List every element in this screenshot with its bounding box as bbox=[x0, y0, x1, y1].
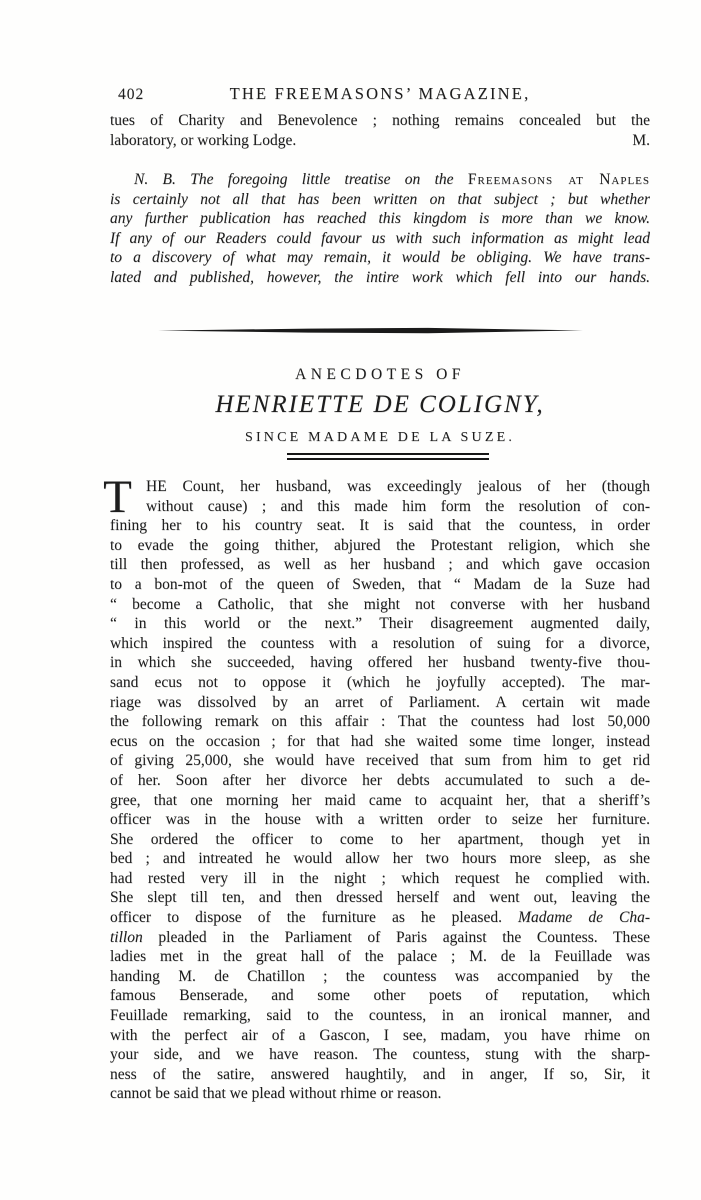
text-line: gree, that one morning her maid came to … bbox=[110, 791, 650, 811]
text-line: in which she succeeded, having offered h… bbox=[110, 653, 650, 673]
closing-line-row: laboratory, or working Lodge. M. bbox=[110, 131, 650, 151]
text-line: “ become a Catholic, that she might not … bbox=[110, 595, 650, 615]
text-line: She ordered the officer to come to her a… bbox=[110, 830, 650, 850]
double-rule-divider bbox=[287, 453, 489, 460]
article-kicker: ANECDOTES OF bbox=[110, 366, 650, 384]
text-line: of her. Soon after her divorce her debts… bbox=[110, 771, 650, 791]
text-line: without cause) ; and this made him form … bbox=[146, 497, 650, 517]
text-line: with the perfect air of a Gascon, I see,… bbox=[110, 1026, 650, 1046]
text-line: famous Benserade, and some other poets o… bbox=[110, 986, 650, 1006]
text-line: riage was dissolved by an arret of Parli… bbox=[110, 693, 650, 713]
text-line: to evade the going thither, abjured the … bbox=[110, 536, 650, 556]
text-line: ness of the satire, answered haughtily, … bbox=[110, 1065, 650, 1085]
text-line: cannot be said that we plead without rhi… bbox=[110, 1084, 650, 1104]
text-line: your side, and we have reason. The count… bbox=[110, 1045, 650, 1065]
text-line: tillon pleaded in the Parliament of Pari… bbox=[110, 928, 650, 948]
page-header: 402 THE FREEMASONS’ MAGAZINE, bbox=[110, 84, 650, 106]
text-line: “ in this world or the next.” Their disa… bbox=[110, 614, 650, 634]
text-line: had rested very ill in the night ; which… bbox=[110, 869, 650, 889]
author-signature: M. bbox=[632, 131, 650, 151]
text-line: of giving 25,000, she would have receive… bbox=[110, 751, 650, 771]
swelled-rule-divider bbox=[158, 327, 583, 335]
text-line: which inspired the countess with a resol… bbox=[110, 634, 650, 654]
text-line: to a bon-mot of the queen of Sweden, tha… bbox=[110, 575, 650, 595]
text-line: lated and published, however, the intire… bbox=[110, 268, 650, 288]
text-line: N. B. The foregoing little treatise on t… bbox=[110, 170, 650, 190]
article-title: HENRIETTE DE COLIGNY, bbox=[110, 391, 650, 419]
text-line: handing M. de Chatillon ; the countess w… bbox=[110, 967, 650, 987]
text-line: till then professed, as well as her husb… bbox=[110, 555, 650, 575]
text-line: ecus on the occasion ; for that had she … bbox=[110, 732, 650, 752]
text-line: HE Count, her husband, was exceedingly j… bbox=[146, 477, 650, 497]
text-line: is certainly not all that has been writt… bbox=[110, 190, 650, 210]
text-line: If any of our Readers could favour us wi… bbox=[110, 229, 650, 249]
text-line: sand ecus not to oppose it (which he joy… bbox=[110, 673, 650, 693]
magazine-page: 402 THE FREEMASONS’ MAGAZINE, tues of Ch… bbox=[0, 0, 701, 1200]
text-line: ladies met in the great hall of the pala… bbox=[110, 947, 650, 967]
text-line: any further publication has reached this… bbox=[110, 209, 650, 229]
running-title: THE FREEMASONS’ MAGAZINE, bbox=[230, 84, 531, 103]
text-line: She slept till ten, and then dressed her… bbox=[110, 888, 650, 908]
page-number: 402 bbox=[118, 86, 144, 104]
text-line: laboratory, or working Lodge. bbox=[110, 131, 296, 151]
article-body: T HE Count, her husband, was exceedingly… bbox=[110, 477, 650, 1104]
previous-article-end: tues of Charity and Benevolence ; nothin… bbox=[110, 111, 650, 150]
text-line: bed ; and intreated he would allow her t… bbox=[110, 849, 650, 869]
text-line: officer to dispose of the furniture as h… bbox=[110, 908, 650, 928]
text-line: tues of Charity and Benevolence ; nothin… bbox=[110, 111, 650, 131]
drop-cap: T bbox=[95, 477, 140, 515]
article-subtitle: SINCE MADAME DE LA SUZE. bbox=[110, 430, 650, 446]
text-line: to a discovery of what may remain, it wo… bbox=[110, 248, 650, 268]
text-line: fining her to his country seat. It is sa… bbox=[110, 516, 650, 536]
editor-note: N. B. The foregoing little treatise on t… bbox=[110, 170, 650, 288]
text-line: officer was in the house with a written … bbox=[110, 810, 650, 830]
text-line: the following remark on this affair : Th… bbox=[110, 712, 650, 732]
text-line: Feuillade remarking, said to the countes… bbox=[110, 1006, 650, 1026]
